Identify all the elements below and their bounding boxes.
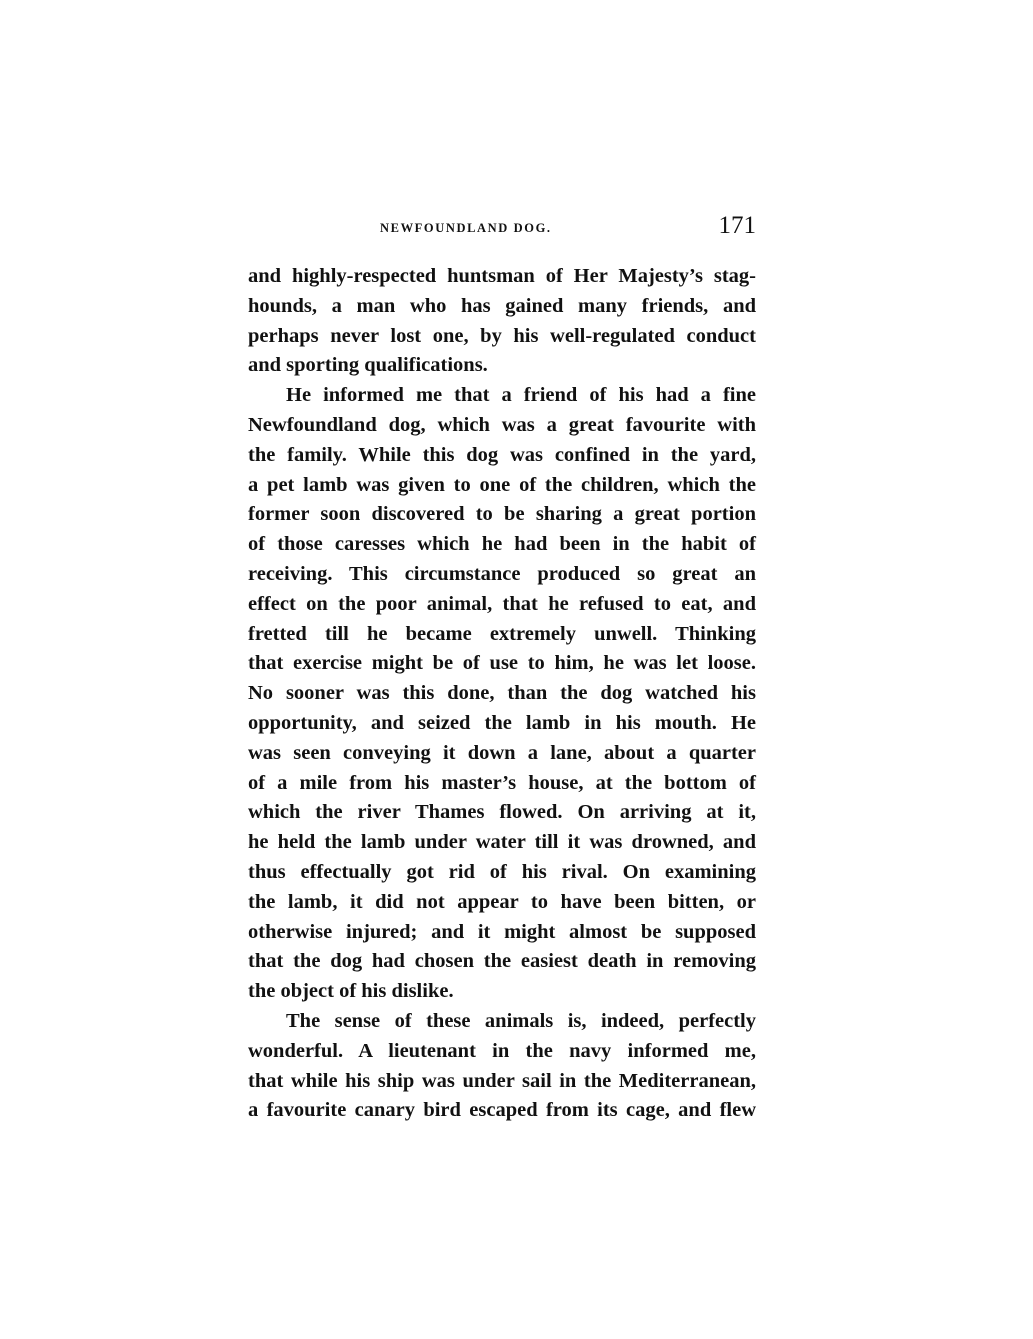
- page-number: 171: [719, 212, 757, 240]
- text-line: Newfoundland dog, which was a great favo…: [248, 411, 756, 441]
- text-line: that the dog had chosen the easiest deat…: [248, 947, 756, 977]
- text-line: effect on the poor animal, that he refus…: [248, 590, 756, 620]
- text-line: of those caresses which he had been in t…: [248, 530, 756, 560]
- text-line: former soon discovered to be sharing a g…: [248, 500, 756, 530]
- running-head: NEWFOUNDLAND DOG. 171: [248, 212, 756, 244]
- text-line: which the river Thames flowed. On arrivi…: [248, 798, 756, 828]
- text-line: the object of his dislike.: [248, 977, 756, 1007]
- text-line: that while his ship was under sail in th…: [248, 1067, 756, 1097]
- text-line: a pet lamb was given to one of the child…: [248, 471, 756, 501]
- text-line: was seen conveying it down a lane, about…: [248, 739, 756, 769]
- text-line: otherwise injured; and it might almost b…: [248, 918, 756, 948]
- text-line: thus effectually got rid of his rival. O…: [248, 858, 756, 888]
- text-line: No sooner was this done, than the dog wa…: [248, 679, 756, 709]
- paragraph-3: The sense of these animals is, indeed, p…: [248, 1007, 756, 1126]
- book-page: NEWFOUNDLAND DOG. 171 and highly-respect…: [0, 0, 1033, 1339]
- text-line: opportunity, and seized the lamb in his …: [248, 709, 756, 739]
- text-line: of a mile from his master’s house, at th…: [248, 769, 756, 799]
- text-line: hounds, a man who has gained many friend…: [248, 292, 756, 322]
- running-title: NEWFOUNDLAND DOG.: [380, 221, 552, 236]
- text-line: fretted till he became extremely unwell.…: [248, 620, 756, 650]
- text-line: and highly-respected huntsman of Her Maj…: [248, 262, 756, 292]
- text-line: wonderful. A lieutenant in the navy info…: [248, 1037, 756, 1067]
- body-text: and highly-respected huntsman of Her Maj…: [248, 262, 756, 1126]
- text-line: and sporting qualifications.: [248, 351, 756, 381]
- text-line: a favourite canary bird escaped from its…: [248, 1096, 756, 1126]
- text-line: the family. While this dog was confined …: [248, 441, 756, 471]
- text-line: the lamb, it did not appear to have been…: [248, 888, 756, 918]
- text-line: He informed me that a friend of his had …: [248, 381, 756, 411]
- text-line: The sense of these animals is, indeed, p…: [248, 1007, 756, 1037]
- text-line: receiving. This circumstance produced so…: [248, 560, 756, 590]
- paragraph-2: He informed me that a friend of his had …: [248, 381, 756, 1007]
- text-line: that exercise might be of use to him, he…: [248, 649, 756, 679]
- text-line: he held the lamb under water till it was…: [248, 828, 756, 858]
- text-line: perhaps never lost one, by his well-regu…: [248, 322, 756, 352]
- paragraph-1: and highly-respected huntsman of Her Maj…: [248, 262, 756, 381]
